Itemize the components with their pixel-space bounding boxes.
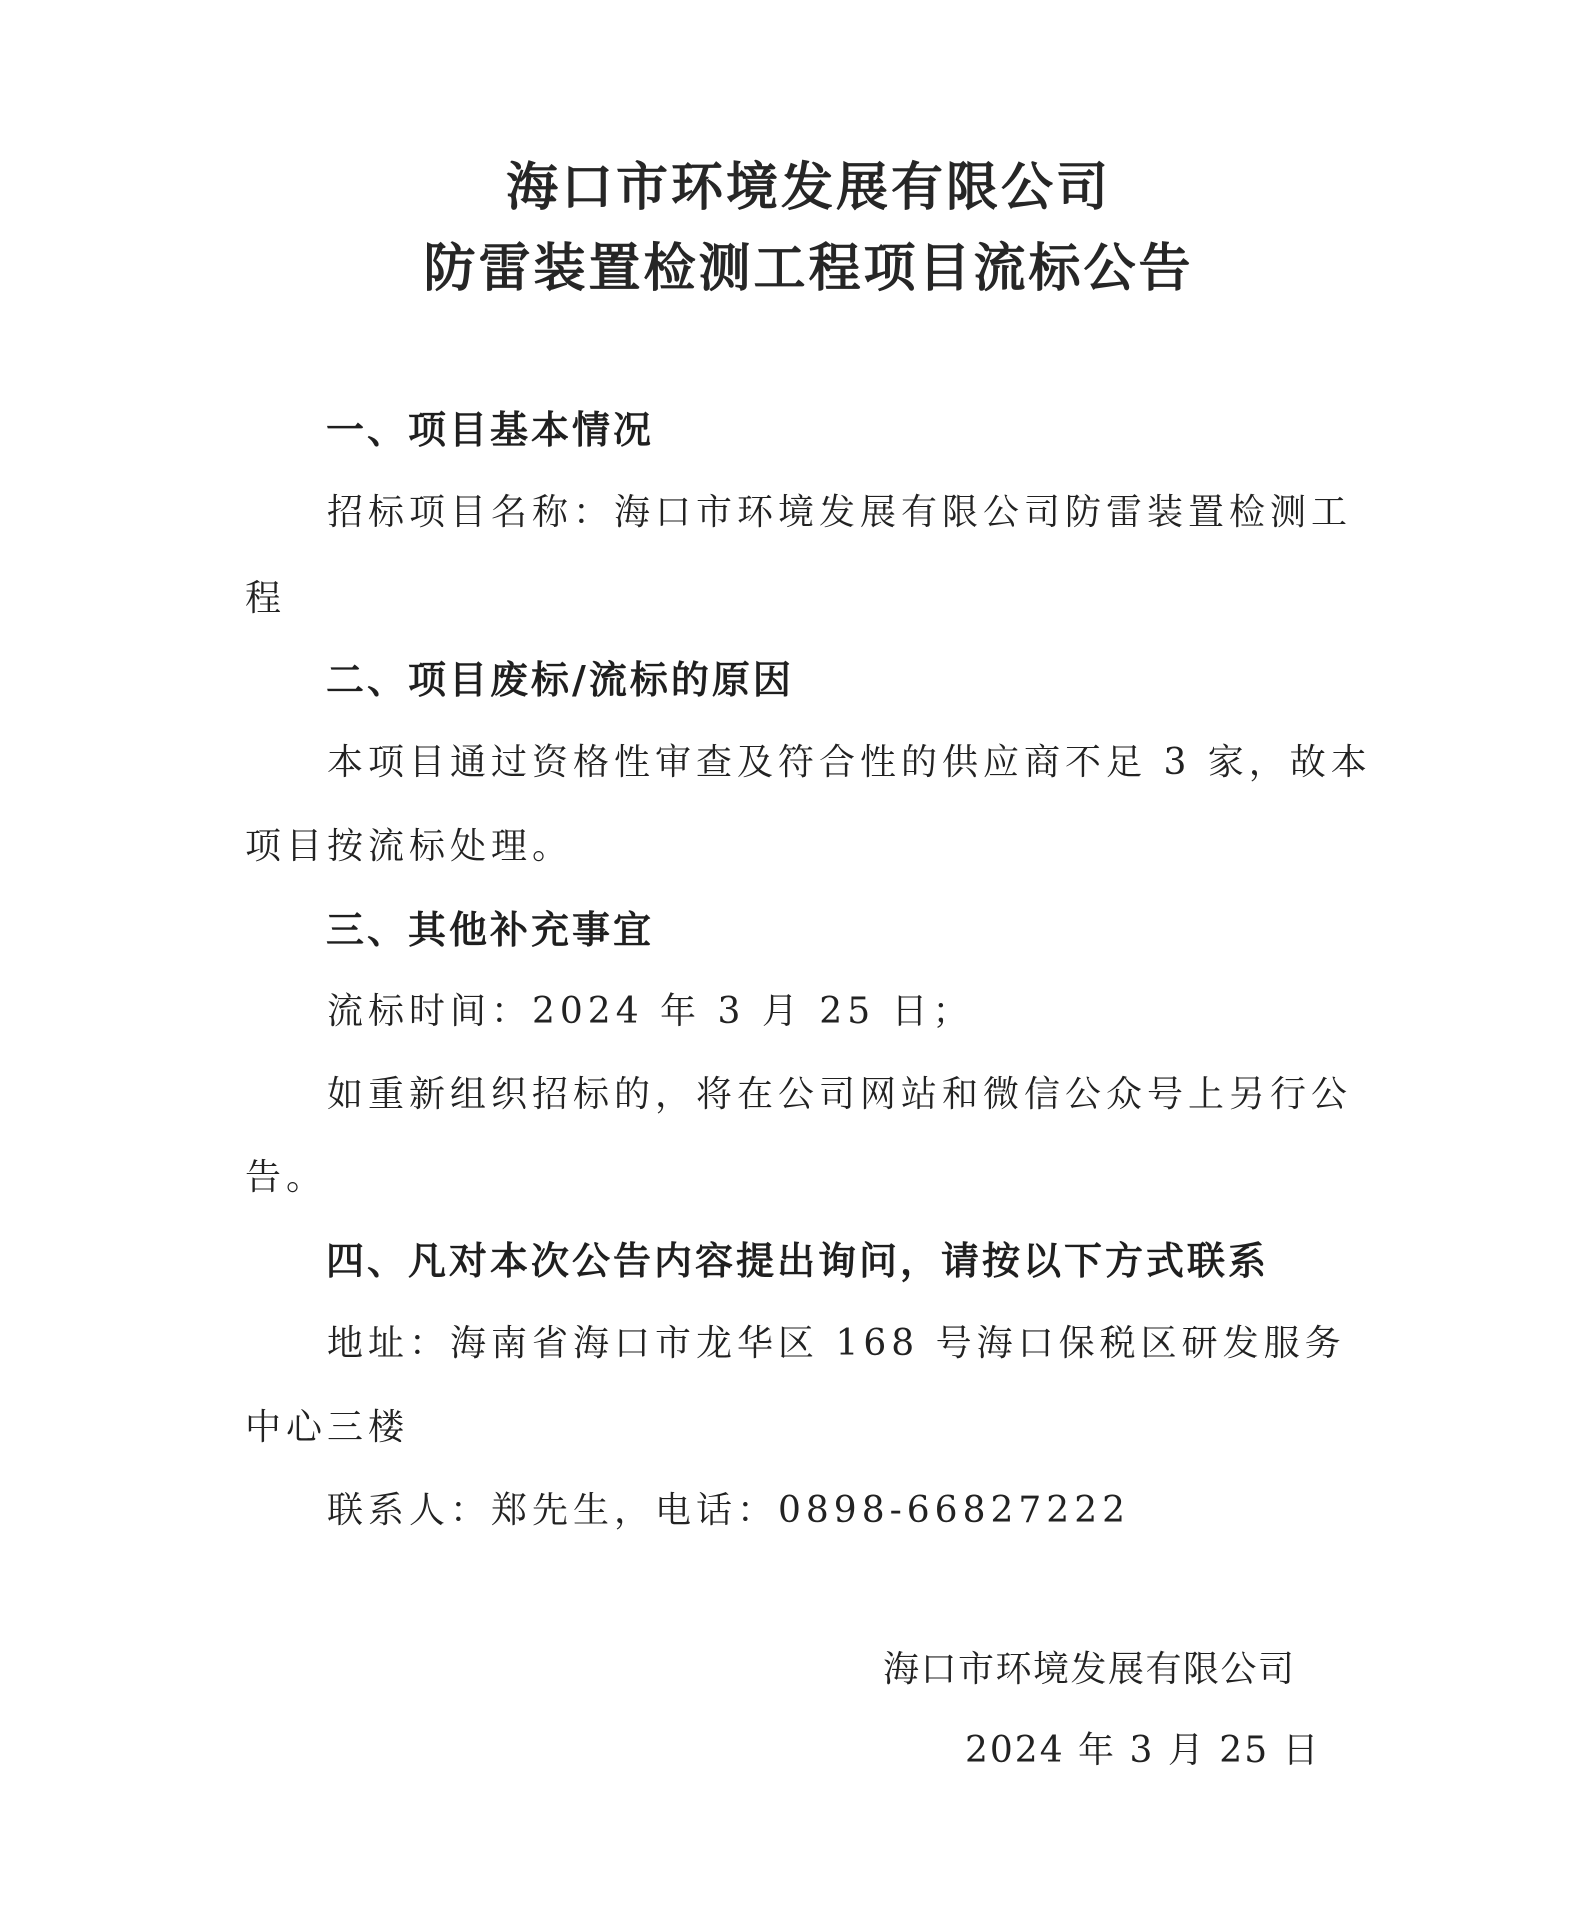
section-2-reason-cont: 项目按流标处理。	[245, 829, 573, 865]
document-title-line-1: 海口市环境发展有限公司	[0, 162, 1587, 214]
section-1-project-name-cont: 程	[245, 581, 286, 617]
section-3-heading: 三、其他补充事宜	[326, 911, 654, 949]
section-2-heading: 二、项目废标/流标的原因	[326, 661, 794, 699]
section-4-address-cont: 中心三楼	[245, 1410, 409, 1446]
section-4-contact: 联系人：郑先生，电话：0898-66827222	[327, 1493, 1130, 1529]
section-3-rebid-notice: 如重新组织招标的，将在公司网站和微信公众号上另行公	[327, 1077, 1352, 1113]
signature-company: 海口市环境发展有限公司	[883, 1652, 1296, 1688]
section-3-rebid-notice-cont: 告。	[245, 1160, 327, 1196]
section-4-heading: 四、凡对本次公告内容提出询问，请按以下方式联系	[326, 1242, 1269, 1280]
section-3-failed-date: 流标时间：2024 年 3 月 25 日；	[327, 994, 974, 1030]
section-4-address: 地址：海南省海口市龙华区 168 号海口保税区研发服务	[327, 1326, 1346, 1362]
document-page: 海口市环境发展有限公司 防雷装置检测工程项目流标公告 一、项目基本情况 招标项目…	[0, 0, 1587, 1931]
signature-date: 2024 年 3 月 25 日	[965, 1733, 1321, 1769]
section-1-project-name: 招标项目名称：海口市环境发展有限公司防雷装置检测工	[327, 495, 1352, 531]
section-2-reason: 本项目通过资格性审查及符合性的供应商不足 3 家，故本	[327, 745, 1372, 781]
section-1-heading: 一、项目基本情况	[326, 411, 654, 449]
document-title-line-2: 防雷装置检测工程项目流标公告	[0, 243, 1587, 295]
